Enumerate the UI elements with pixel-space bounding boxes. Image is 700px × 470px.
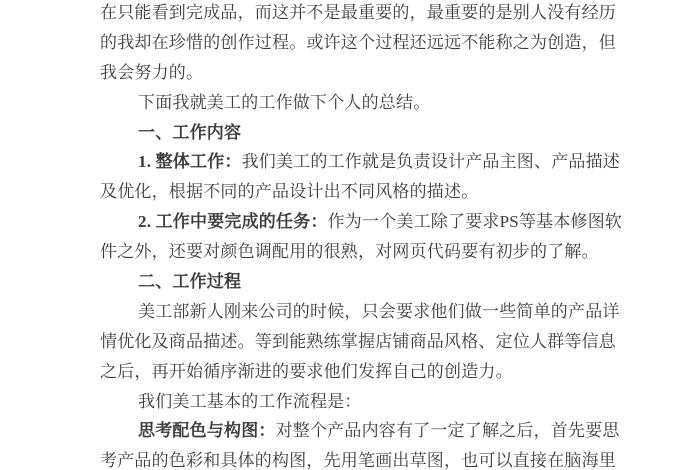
line-text: 对整个产品内容有了一定了解之后，首先要思 — [276, 421, 620, 440]
paragraph-line: 情优化及商品描述。等到能熟练掌握店铺商品风格、定位人群等信息 — [100, 327, 605, 357]
line-text: 我会努力的。 — [100, 63, 203, 82]
paragraph-line: 思考配色与构图：对整个产品内容有了一定了解之后，首先要思 — [100, 416, 605, 446]
document-content: 在只能看到完成品，而这并不是最重要的，最重要的是别人没有经历 的我却在珍惜的创作… — [100, 0, 605, 470]
line-text: 下面我就美工的工作做下个人的总结。 — [138, 93, 430, 112]
paragraph-line: 之后，再开始循序渐进的要求他们发挥自己的创造力。 — [100, 357, 605, 387]
paragraph-line: 美工部新人刚来公司的时候，只会要求他们做一些简单的产品详 — [100, 297, 605, 327]
paragraph-line: 2. 工作中要完成的任务：作为一个美工除了要求PS等基本修图软 — [100, 207, 605, 237]
section-heading: 一、工作内容 — [100, 118, 605, 148]
line-lead-bold: 思考配色与构图： — [138, 421, 276, 440]
paragraph-line: 及优化，根据不同的产品设计出不同风格的描述。 — [100, 177, 605, 207]
paragraph-line: 1. 整体工作：我们美工的工作就是负责设计产品主图、产品描述 — [100, 147, 605, 177]
line-text: 的我却在珍惜的创作过程。或许这个过程还远远不能称之为创造，但 — [100, 33, 616, 52]
paragraph-line: 我们美工基本的工作流程是： — [100, 387, 605, 417]
paragraph-line: 我会努力的。 — [100, 58, 605, 88]
line-lead-bold: 二、工作过程 — [138, 272, 241, 291]
line-text: 我们美工基本的工作流程是： — [138, 392, 362, 411]
line-text: 件之外，还要对颜色调配用的很熟，对网页代码要有初步的了解。 — [100, 242, 599, 261]
line-text: 情优化及商品描述。等到能熟练掌握店铺商品风格、定位人群等信息 — [100, 332, 616, 351]
line-text: 考产品的色彩和具体的构图，先用笔画出草图，也可以直接在脑海里 — [100, 451, 616, 470]
line-text: 美工部新人刚来公司的时候，只会要求他们做一些简单的产品详 — [138, 302, 620, 321]
section-heading: 二、工作过程 — [100, 267, 605, 297]
line-text: 我们美工的工作就是负责设计产品主图、产品描述 — [242, 152, 620, 171]
line-text: 之后，再开始循序渐进的要求他们发挥自己的创造力。 — [100, 362, 513, 381]
line-lead-bold: 1. 整体工作： — [138, 152, 242, 171]
line-lead-bold: 一、工作内容 — [138, 123, 241, 142]
paragraph-line: 件之外，还要对颜色调配用的很熟，对网页代码要有初步的了解。 — [100, 237, 605, 267]
paragraph-line: 在只能看到完成品，而这并不是最重要的，最重要的是别人没有经历 — [100, 0, 605, 28]
paragraph-line: 下面我就美工的工作做下个人的总结。 — [100, 88, 605, 118]
line-text: 及优化，根据不同的产品设计出不同风格的描述。 — [100, 182, 478, 201]
paragraph-line-clipped: 考产品的色彩和具体的构图，先用笔画出草图，也可以直接在脑海里 — [100, 446, 605, 470]
line-lead-bold: 2. 工作中要完成的任务： — [138, 212, 328, 231]
document-page: 在只能看到完成品，而这并不是最重要的，最重要的是别人没有经历 的我却在珍惜的创作… — [0, 0, 700, 470]
line-text: 在只能看到完成品，而这并不是最重要的，最重要的是别人没有经历 — [100, 3, 616, 22]
paragraph-line: 的我却在珍惜的创作过程。或许这个过程还远远不能称之为创造，但 — [100, 28, 605, 58]
line-text: 作为一个美工除了要求PS等基本修图软 — [328, 212, 623, 231]
